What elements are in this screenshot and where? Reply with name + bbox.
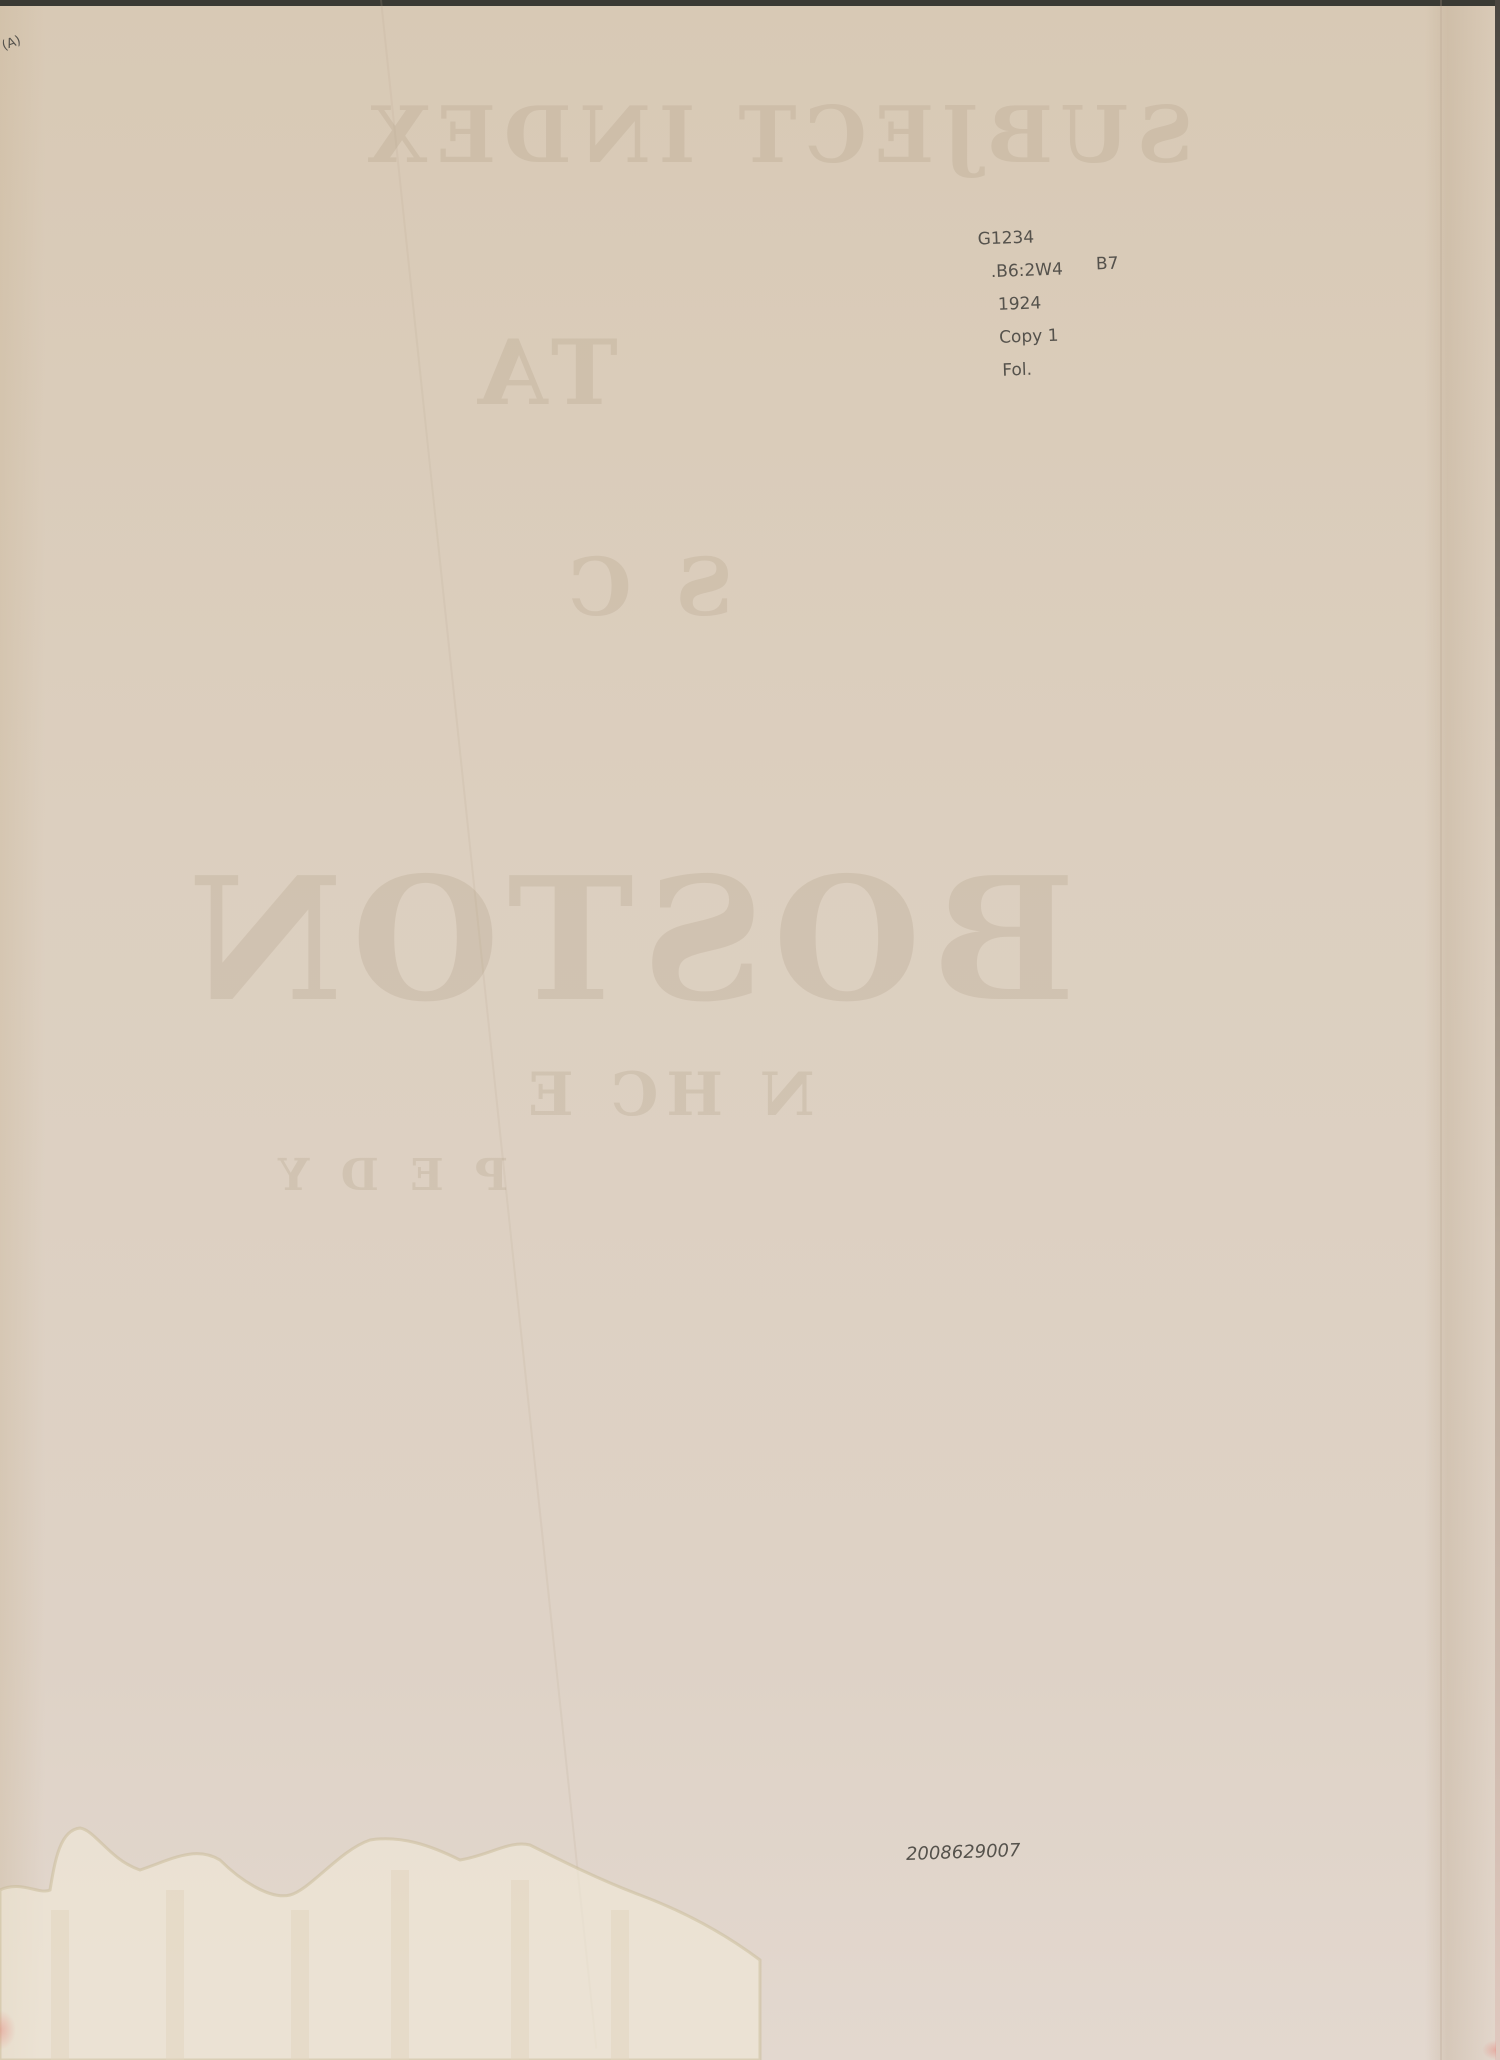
show-through-line-3: S C (560, 540, 733, 634)
show-through-title: SUBJECT INDEX (360, 90, 1193, 181)
water-stain (0, 1800, 1500, 2060)
call-number-class: G1234 (977, 221, 1062, 257)
scanned-page: SUBJECT INDEX TA S C BOSTON N HC E P E D… (0, 0, 1500, 2060)
call-number-suffix: B7 (1096, 254, 1119, 275)
corner-pencil-note: (A) (0, 33, 23, 54)
page-top-edge (0, 0, 1500, 6)
discoloration-spot-right (1482, 2040, 1496, 2060)
call-number-copy: Copy 1 (999, 320, 1066, 355)
call-number-cutter: .B6:2W4 (990, 254, 1063, 289)
call-number-format: Fol. (1002, 353, 1067, 388)
show-through-subheading-2: P E D Y (270, 1150, 508, 1201)
discoloration-spot-left (0, 2010, 16, 2050)
binding-fold-line (1440, 0, 1442, 2060)
show-through-line-2: TA (470, 320, 618, 426)
call-number-block: G1234 .B6:2W4 1924 Copy 1 Fol. (977, 221, 1067, 389)
page-right-edge (1495, 0, 1500, 2060)
call-number-year: 1924 (997, 287, 1064, 322)
show-through-subheading: N HC E (520, 1060, 815, 1130)
show-through-large-heading: BOSTON (180, 840, 1076, 1040)
